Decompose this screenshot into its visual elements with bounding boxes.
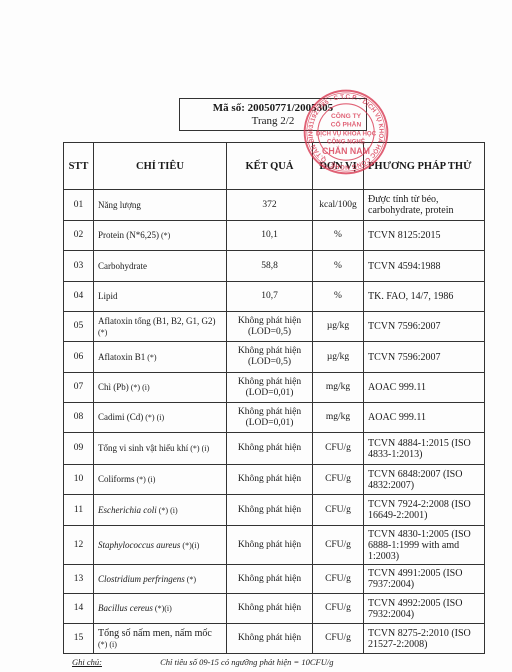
criteria-label: Carbohydrate — [98, 261, 147, 271]
criteria-name: Tổng số nấm men, nấm mốc (*) (i) — [94, 624, 227, 654]
footnote-text: Chỉ tiêu số 09-15 có ngưỡng phát hiện = … — [160, 657, 333, 667]
unit-value: % — [313, 221, 364, 251]
unit-value: kcal/100g — [313, 190, 364, 221]
criteria-name: Năng lượng — [94, 190, 227, 221]
result-value: 10,7 — [227, 282, 313, 312]
table-row: 11Escherichia coli (*) (i)Không phát hiệ… — [64, 495, 485, 526]
result-value: Không phát hiện (LOD=0,5) — [227, 312, 313, 342]
criteria-name: Protein (N*6,25) (*) — [94, 221, 227, 251]
criteria-label: Cadimi (Cd) — [98, 412, 143, 422]
table-row: 13Clostridium perfringens (*)Không phát … — [64, 565, 485, 594]
criteria-name: Cadimi (Cd) (*) (i) — [94, 403, 227, 433]
row-number: 05 — [64, 312, 94, 342]
column-header-result: KẾT QUẢ — [227, 143, 313, 190]
page-number: Trang 2/2 — [180, 115, 366, 128]
table-row: 07Chì (Pb) (*) (i)Không phát hiện (LOD=0… — [64, 373, 485, 403]
unit-value: CFU/g — [313, 526, 364, 565]
row-number: 04 — [64, 282, 94, 312]
criteria-label: Tổng số nấm men, nấm mốc — [98, 628, 212, 639]
table-row: 05Aflatoxin tổng (B1, B2, G1, G2) (*)Khô… — [64, 312, 485, 342]
table-row: 12Staphylococcus aureus (*)(i)Không phát… — [64, 526, 485, 565]
test-method: AOAC 999.11 — [364, 403, 485, 433]
criteria-annotation: (*) — [145, 353, 156, 362]
report-code: Mã số: 20050771/2005305 — [180, 102, 366, 115]
criteria-annotation: (*) — [159, 231, 170, 240]
table-row: 01Năng lượng372kcal/100gĐược tính từ béo… — [64, 190, 485, 221]
criteria-annotation: (*)(i) — [180, 541, 199, 550]
row-number: 02 — [64, 221, 94, 251]
table-row: 06Aflatoxin B1 (*)Không phát hiện (LOD=0… — [64, 342, 485, 373]
unit-value: µg/kg — [313, 342, 364, 373]
result-value: Không phát hiện — [227, 624, 313, 654]
test-method: TCVN 7924-2:2008 (ISO 16649-2:2001) — [364, 495, 485, 526]
footnote: Ghi chú: Chỉ tiêu số 09-15 có ngưỡng phá… — [72, 657, 333, 667]
unit-value: CFU/g — [313, 565, 364, 594]
unit-value: CFU/g — [313, 465, 364, 495]
row-number: 03 — [64, 251, 94, 282]
criteria-annotation: (*) (i) — [188, 444, 209, 453]
criteria-annotation: (*)(i) — [153, 604, 172, 613]
result-value: Không phát hiện — [227, 495, 313, 526]
column-header-stt: STT — [64, 143, 94, 190]
criteria-label: Aflatoxin tổng (B1, B2, G1, G2) — [98, 316, 216, 326]
column-header-unit: ĐƠN VỊ — [313, 143, 364, 190]
criteria-name: Aflatoxin tổng (B1, B2, G1, G2) (*) — [94, 312, 227, 342]
table-header-row: STT CHỈ TIÊU KẾT QUẢ ĐƠN VỊ PHƯƠNG PHÁP … — [64, 143, 485, 190]
test-method: TCVN 8275-2:2010 (ISO 21527-2:2008) — [364, 624, 485, 654]
criteria-name: Carbohydrate — [94, 251, 227, 282]
criteria-annotation: (*) (i) — [143, 413, 164, 422]
result-value: 372 — [227, 190, 313, 221]
column-header-method: PHƯƠNG PHÁP THỬ — [364, 143, 485, 190]
row-number: 10 — [64, 465, 94, 495]
row-number: 12 — [64, 526, 94, 565]
criteria-name: Lipid — [94, 282, 227, 312]
result-value: Không phát hiện — [227, 526, 313, 565]
row-number: 07 — [64, 373, 94, 403]
criteria-name: Coliforms (*) (i) — [94, 465, 227, 495]
test-method: TCVN 4884-1:2015 (ISO 4833-1:2013) — [364, 433, 485, 465]
criteria-name: Bacillus cereus (*)(i) — [94, 594, 227, 624]
criteria-name: Chì (Pb) (*) (i) — [94, 373, 227, 403]
criteria-label: Chì (Pb) — [98, 382, 129, 392]
test-method: TCVN 6848:2007 (ISO 4832:2007) — [364, 465, 485, 495]
test-method: Được tính từ béo, carbohydrate, protein — [364, 190, 485, 221]
test-method: TCVN 4991:2005 (ISO 7937:2004) — [364, 565, 485, 594]
test-results-table: STT CHỈ TIÊU KẾT QUẢ ĐƠN VỊ PHƯƠNG PHÁP … — [63, 142, 485, 654]
table-row: 09Tổng vi sinh vật hiếu khí (*) (i)Không… — [64, 433, 485, 465]
row-number: 15 — [64, 624, 94, 654]
row-number: 01 — [64, 190, 94, 221]
table-row: 08Cadimi (Cd) (*) (i)Không phát hiện (LO… — [64, 403, 485, 433]
unit-value: µg/kg — [313, 312, 364, 342]
report-code-box: Mã số: 20050771/2005305 Trang 2/2 — [179, 98, 367, 131]
unit-value: CFU/g — [313, 433, 364, 465]
criteria-annotation: (*) (i) — [135, 475, 156, 484]
unit-value: % — [313, 251, 364, 282]
unit-value: CFU/g — [313, 495, 364, 526]
unit-value: mg/kg — [313, 373, 364, 403]
result-value: Không phát hiện — [227, 594, 313, 624]
criteria-name: Escherichia coli (*) (i) — [94, 495, 227, 526]
test-method: TCVN 7596:2007 — [364, 312, 485, 342]
unit-value: CFU/g — [313, 624, 364, 654]
result-value: Không phát hiện (LOD=0,01) — [227, 373, 313, 403]
svg-text:DỊCH VỤ KHOA HỌC: DỊCH VỤ KHOA HỌC — [316, 131, 377, 138]
criteria-label: Protein (N*6,25) — [98, 230, 159, 240]
test-method: TCVN 7596:2007 — [364, 342, 485, 373]
row-number: 06 — [64, 342, 94, 373]
criteria-name: Clostridium perfringens (*) — [94, 565, 227, 594]
table-row: 15Tổng số nấm men, nấm mốc (*) (i)Không … — [64, 624, 485, 654]
test-method: TCVN 4594:1988 — [364, 251, 485, 282]
result-value: 10,1 — [227, 221, 313, 251]
criteria-annotation: (*) — [185, 575, 196, 584]
test-method: TCVN 8125:2015 — [364, 221, 485, 251]
result-value: Không phát hiện — [227, 465, 313, 495]
criteria-organism-name: Escherichia coli — [98, 505, 157, 515]
criteria-label: Tổng vi sinh vật hiếu khí — [98, 443, 188, 453]
table-row: 02Protein (N*6,25) (*)10,1%TCVN 8125:201… — [64, 221, 485, 251]
criteria-annotation: (*) — [98, 328, 107, 337]
row-number: 13 — [64, 565, 94, 594]
criteria-organism-name: Clostridium perfringens — [98, 574, 185, 584]
table-row: 03Carbohydrate58,8%TCVN 4594:1988 — [64, 251, 485, 282]
result-value: Không phát hiện (LOD=0,01) — [227, 403, 313, 433]
criteria-name: Tổng vi sinh vật hiếu khí (*) (i) — [94, 433, 227, 465]
criteria-annotation: (*) (i) — [157, 506, 178, 515]
criteria-label: Năng lượng — [98, 200, 141, 210]
footnote-label: Ghi chú: — [72, 657, 158, 667]
test-method: TCVN 4992:2005 (ISO 7932:2004) — [364, 594, 485, 624]
criteria-label: Coliforms — [98, 474, 135, 484]
table-row: 04Lipid10,7%TK. FAO, 14/7, 1986 — [64, 282, 485, 312]
criteria-label: Aflatoxin B1 — [98, 352, 145, 362]
result-value: Không phát hiện — [227, 565, 313, 594]
unit-value: mg/kg — [313, 403, 364, 433]
table-row: 14Bacillus cereus (*)(i)Không phát hiệnC… — [64, 594, 485, 624]
result-value: Không phát hiện — [227, 433, 313, 465]
test-method: TK. FAO, 14/7, 1986 — [364, 282, 485, 312]
criteria-annotation: (*) (i) — [129, 383, 150, 392]
row-number: 09 — [64, 433, 94, 465]
column-header-criteria: CHỈ TIÊU — [94, 143, 227, 190]
test-method: TCVN 4830-1:2005 (ISO 6888-1:1999 with a… — [364, 526, 485, 565]
criteria-organism-name: Staphylococcus aureus — [98, 540, 180, 550]
unit-value: % — [313, 282, 364, 312]
table-body: 01Năng lượng372kcal/100gĐược tính từ béo… — [64, 190, 485, 654]
criteria-name: Staphylococcus aureus (*)(i) — [94, 526, 227, 565]
criteria-annotation: (*) (i) — [98, 640, 117, 649]
result-value: 58,8 — [227, 251, 313, 282]
criteria-label: Lipid — [98, 291, 118, 301]
test-method: AOAC 999.11 — [364, 373, 485, 403]
row-number: 14 — [64, 594, 94, 624]
result-value: Không phát hiện (LOD=0,5) — [227, 342, 313, 373]
criteria-organism-name: Bacillus cereus — [98, 603, 153, 613]
unit-value: CFU/g — [313, 594, 364, 624]
row-number: 11 — [64, 495, 94, 526]
row-number: 08 — [64, 403, 94, 433]
criteria-name: Aflatoxin B1 (*) — [94, 342, 227, 373]
table-row: 10Coliforms (*) (i)Không phát hiệnCFU/gT… — [64, 465, 485, 495]
